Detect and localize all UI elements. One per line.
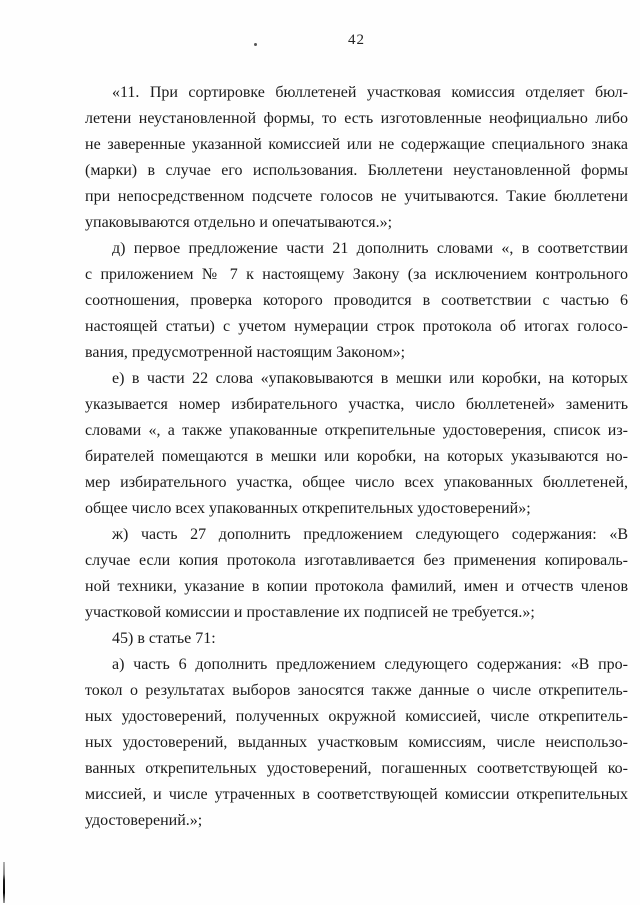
text-line: мер избирательного участка, общее число … bbox=[85, 470, 628, 496]
text-line: летени неустановленной формы, то есть из… bbox=[85, 106, 628, 132]
text-line: токол о результатах выборов заносятся та… bbox=[85, 678, 628, 704]
text-line: (марки) в случае его использования. Бюлл… bbox=[85, 158, 628, 184]
text-line: настоящей статьи) с учетом нумерации стр… bbox=[85, 314, 628, 340]
text-line: а) часть 6 дополнить предложением следую… bbox=[85, 652, 628, 678]
text-line: соотношения, проверка которого проводитс… bbox=[85, 288, 628, 314]
text-line: словами «, а также упакованные открепите… bbox=[85, 418, 628, 444]
text-line: ванных открепительных удостоверений, пог… bbox=[85, 756, 628, 782]
text-line: случае если копия протокола изготавливае… bbox=[85, 548, 628, 574]
text-line: е) в части 22 слова «упаковываются в меш… bbox=[85, 366, 628, 392]
text-line: вания, предусмотренной настоящим Законом… bbox=[85, 340, 628, 366]
text-line: участковой комиссии и проставление их по… bbox=[85, 600, 628, 626]
text-line: общее число всех упакованных открепитель… bbox=[85, 496, 628, 522]
text-line: удостоверений.»; bbox=[85, 808, 628, 834]
text-line: при непосредственном подсчете голосов не… bbox=[85, 184, 628, 210]
page-number: 42 bbox=[85, 32, 628, 49]
document-text: «11. При сортировке бюллетеней участкова… bbox=[85, 80, 628, 834]
text-line: ж) часть 27 дополнить предложением следу… bbox=[85, 522, 628, 548]
text-line: 45) в статье 71: bbox=[85, 626, 628, 652]
text-line: «11. При сортировке бюллетеней участкова… bbox=[85, 80, 628, 106]
text-line: указывается номер избирательного участка… bbox=[85, 392, 628, 418]
text-line: упаковываются отдельно и опечатываются.»… bbox=[85, 210, 628, 236]
text-line: миссией, и числе утраченных в соответств… bbox=[85, 782, 628, 808]
text-line: не заверенные указанной комиссией или не… bbox=[85, 132, 628, 158]
scan-edge-artifact bbox=[3, 862, 5, 903]
document-page: 42 «11. При сортировке бюллетеней участк… bbox=[0, 0, 640, 905]
text-line: д) первое предложение части 21 дополнить… bbox=[85, 236, 628, 262]
text-line: бирателей помещаются в мешки или коробки… bbox=[85, 444, 628, 470]
text-line: с приложением № 7 к настоящему Закону (з… bbox=[85, 262, 628, 288]
text-line: ной техники, указание в копии протокола … bbox=[85, 574, 628, 600]
text-line: ных удостоверений, полученных окружной к… bbox=[85, 704, 628, 730]
text-line: ных удостоверений, выданных участковым к… bbox=[85, 730, 628, 756]
